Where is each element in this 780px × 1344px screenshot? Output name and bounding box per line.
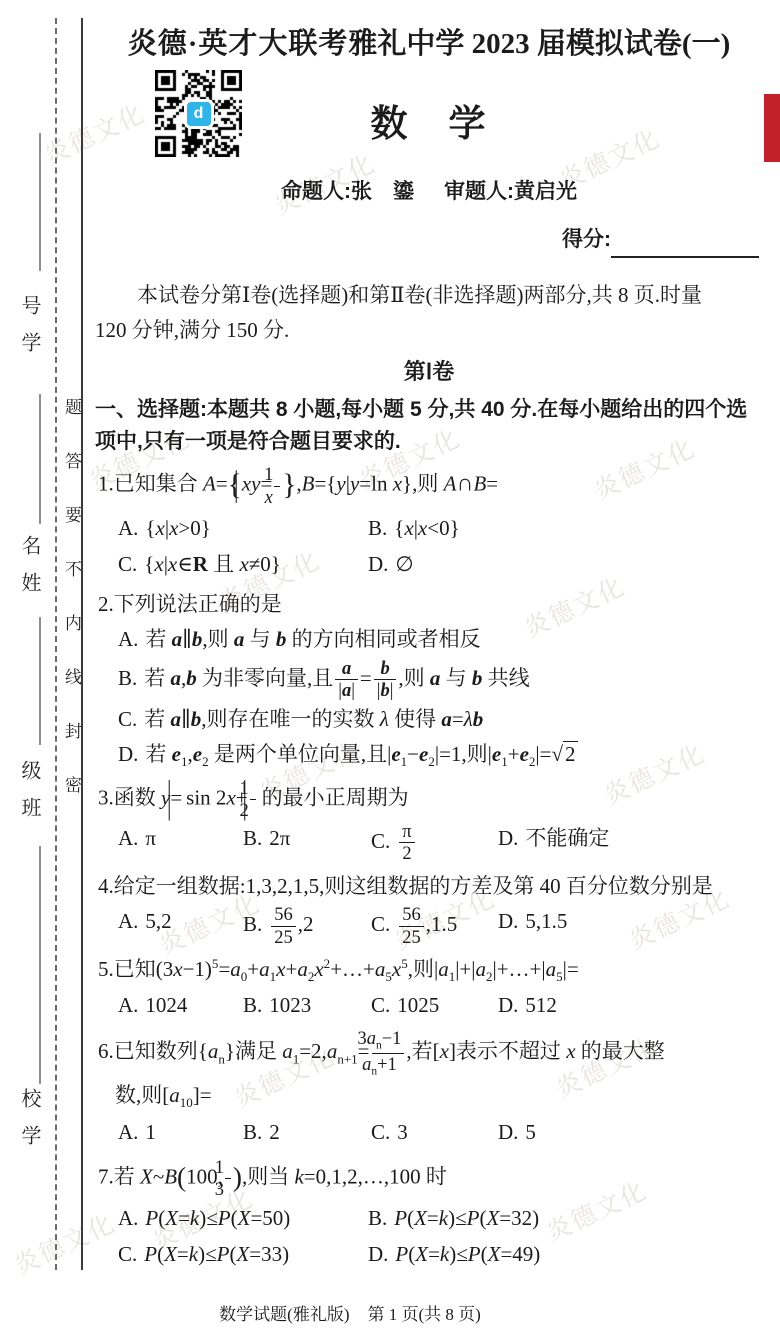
question-5-option-d: D.512 <box>498 988 763 1024</box>
question-1-stem: 1.已知集合 A={x|y=1x},B={y|y=ln x},则 A∩B= <box>95 461 763 511</box>
question-3-option-a: A.π <box>118 821 243 865</box>
question-6-option-d: D.5 <box>498 1115 763 1151</box>
question-2-option-d: D.若 e1,e2 是两个单位向量,且|e1−e2|=1,则|e1+e2|=√2 <box>118 737 763 773</box>
question-4-stem: 4.给定一组数据:1,3,2,1,5,则这组数据的方差及第 40 百分位数分别是 <box>95 869 763 905</box>
question-6-option-c: C.3 <box>371 1115 498 1151</box>
class-blank-line <box>39 617 41 745</box>
question-3-options: A.π B.2π C.π2 D.不能确定 <box>95 821 763 865</box>
question-2-options: A.若 a∥b,则 a 与 b 的方向相同或者相反 B.若 a,b 为非零向量,… <box>95 622 763 773</box>
question-3-option-b: B.2π <box>243 821 371 865</box>
seal-instruction-text: 题答要不内线封密 <box>59 398 84 830</box>
question-6: 6.已知数列{an}满足 a1=2,an+1=3an−1an+1,若[x]表示不… <box>95 1028 763 1151</box>
question-4-option-a: A.5,2 <box>118 904 243 948</box>
question-6-stem: 6.已知数列{an}满足 a1=2,an+1=3an−1an+1,若[x]表示不… <box>95 1028 763 1115</box>
question-1-options: A.{x|x>0} B.{x|x<0} C.{x|x∈R 且 x≠0} D.∅ <box>95 511 763 582</box>
question-1-option-c: C.{x|x∈R 且 x≠0} <box>118 547 368 583</box>
score-blank-line <box>611 232 759 258</box>
exam-page: 炎德文化 炎德文化 炎德文化 炎德文化 炎德文化 炎德文化 炎德文化 炎德文化 … <box>0 0 780 1344</box>
name-label: 名姓 <box>15 535 44 609</box>
question-5-stem: 5.已知(3x−1)5=a0+a1x+a2x2+…+a5x5,则|a1|+|a2… <box>95 952 763 988</box>
school-label: 校学 <box>15 1088 44 1162</box>
question-7-stem: 7.若 X~B(100,13),则当 k=0,1,2,…,100 时 <box>95 1154 763 1200</box>
question-1: 1.已知集合 A={x|y=1x},B={y|y=ln x},则 A∩B= A.… <box>95 461 763 582</box>
question-3-option-d: D.不能确定 <box>498 821 763 865</box>
proposer-label: 命题人:张 鎏 <box>281 174 414 210</box>
exam-series-title: 炎德·英才大联考 <box>128 28 349 60</box>
volume-title: 第Ⅰ卷 <box>95 353 763 390</box>
question-2-stem: 2.下列说法正确的是 <box>95 587 763 623</box>
subject-title: 数 学 <box>95 93 763 156</box>
student-number-blank-line <box>39 133 41 271</box>
question-4-option-c: C.5625,1.5 <box>371 904 498 948</box>
question-2-option-b: B.若 a,b 为非零向量,且a|a|=b|b|,则 a 与 b 共线 <box>118 658 763 702</box>
question-6-option-a: A.1 <box>118 1115 243 1151</box>
question-7-option-d: D.P(X=k)≤P(X=49) <box>368 1237 763 1273</box>
question-4-options: A.5,2 B.5625,2 C.5625,1.5 D.5,1.5 <box>95 904 763 948</box>
exam-intro: 本试卷分第Ⅰ卷(选择题)和第Ⅱ卷(非选择题)两部分,共 8 页.时量120 分钟… <box>95 278 763 349</box>
question-6-option-b: B.2 <box>243 1115 371 1151</box>
question-5-option-c: C.1025 <box>371 988 498 1024</box>
question-5: 5.已知(3x−1)5=a0+a1x+a2x2+…+a5x5,则|a1|+|a2… <box>95 952 763 1024</box>
question-6-options: A.1 B.2 C.3 D.5 <box>95 1115 763 1151</box>
question-7-options: A.P(X=k)≤P(X=50) B.P(X=k)≤P(X=32) C.P(X=… <box>95 1201 763 1272</box>
page-footer: 数学试题(雅礼版) 第 1 页(共 8 页) <box>0 1300 780 1325</box>
question-7-option-c: C.P(X=k)≤P(X=33) <box>118 1237 368 1273</box>
section-instruction: 一、选择题:本题共 8 小题,每小题 5 分,共 40 分.在每小题给出的四个选… <box>95 394 763 457</box>
question-2-option-a: A.若 a∥b,则 a 与 b 的方向相同或者相反 <box>118 622 763 658</box>
question-3-stem: 3.函数 y=|sin 2x+12|的最小正周期为 <box>95 778 763 822</box>
red-edge-marker <box>764 94 780 162</box>
question-3-option-c: C.π2 <box>371 821 498 865</box>
question-3: 3.函数 y=|sin 2x+12|的最小正周期为 A.π B.2π C.π2 … <box>95 778 763 865</box>
question-4-option-d: D.5,1.5 <box>498 904 763 948</box>
exam-title: 炎德·英才大联考雅礼中学 2023 届模拟试卷(一) <box>95 20 763 69</box>
name-blank-line <box>39 394 41 524</box>
footer-paper-name: 数学试题(雅礼版) <box>219 1300 349 1325</box>
examiner-info: 命题人:张 鎏 审题人:黄启光 <box>95 174 763 210</box>
question-4-option-b: B.5625,2 <box>243 904 371 948</box>
question-2: 2.下列说法正确的是 A.若 a∥b,则 a 与 b 的方向相同或者相反 B.若… <box>95 587 763 774</box>
question-4: 4.给定一组数据:1,3,2,1,5,则这组数据的方差及第 40 百分位数分别是… <box>95 869 763 948</box>
question-1-option-a: A.{x|x>0} <box>118 511 368 547</box>
score-label: 得分: <box>562 222 611 258</box>
student-number-label: 号学 <box>15 295 44 369</box>
question-5-option-b: B.1023 <box>243 988 371 1024</box>
exam-title-rest: 雅礼中学 2023 届模拟试卷(一) <box>348 28 730 60</box>
question-7: 7.若 X~B(100,13),则当 k=0,1,2,…,100 时 A.P(X… <box>95 1154 763 1272</box>
seal-dashed-line <box>55 18 57 1270</box>
school-blank-line <box>39 846 41 1084</box>
score-row: 得分: <box>95 222 763 258</box>
reviewer-label: 审题人:黄启光 <box>444 174 577 210</box>
question-1-option-d: D.∅ <box>368 547 763 583</box>
question-2-option-c: C.若 a∥b,则存在唯一的实数 λ 使得 a=λb <box>118 702 763 738</box>
question-5-option-a: A.1024 <box>118 988 243 1024</box>
footer-page-number: 第 1 页(共 8 页) <box>368 1300 481 1325</box>
question-7-option-a: A.P(X=k)≤P(X=50) <box>118 1201 368 1237</box>
class-label: 级班 <box>15 760 44 834</box>
question-5-options: A.1024 B.1023 C.1025 D.512 <box>95 988 763 1024</box>
exam-content: 炎德·英才大联考雅礼中学 2023 届模拟试卷(一) 数 学 命题人:张 鎏 审… <box>95 0 763 1272</box>
question-1-option-b: B.{x|x<0} <box>368 511 763 547</box>
question-7-option-b: B.P(X=k)≤P(X=32) <box>368 1201 763 1237</box>
